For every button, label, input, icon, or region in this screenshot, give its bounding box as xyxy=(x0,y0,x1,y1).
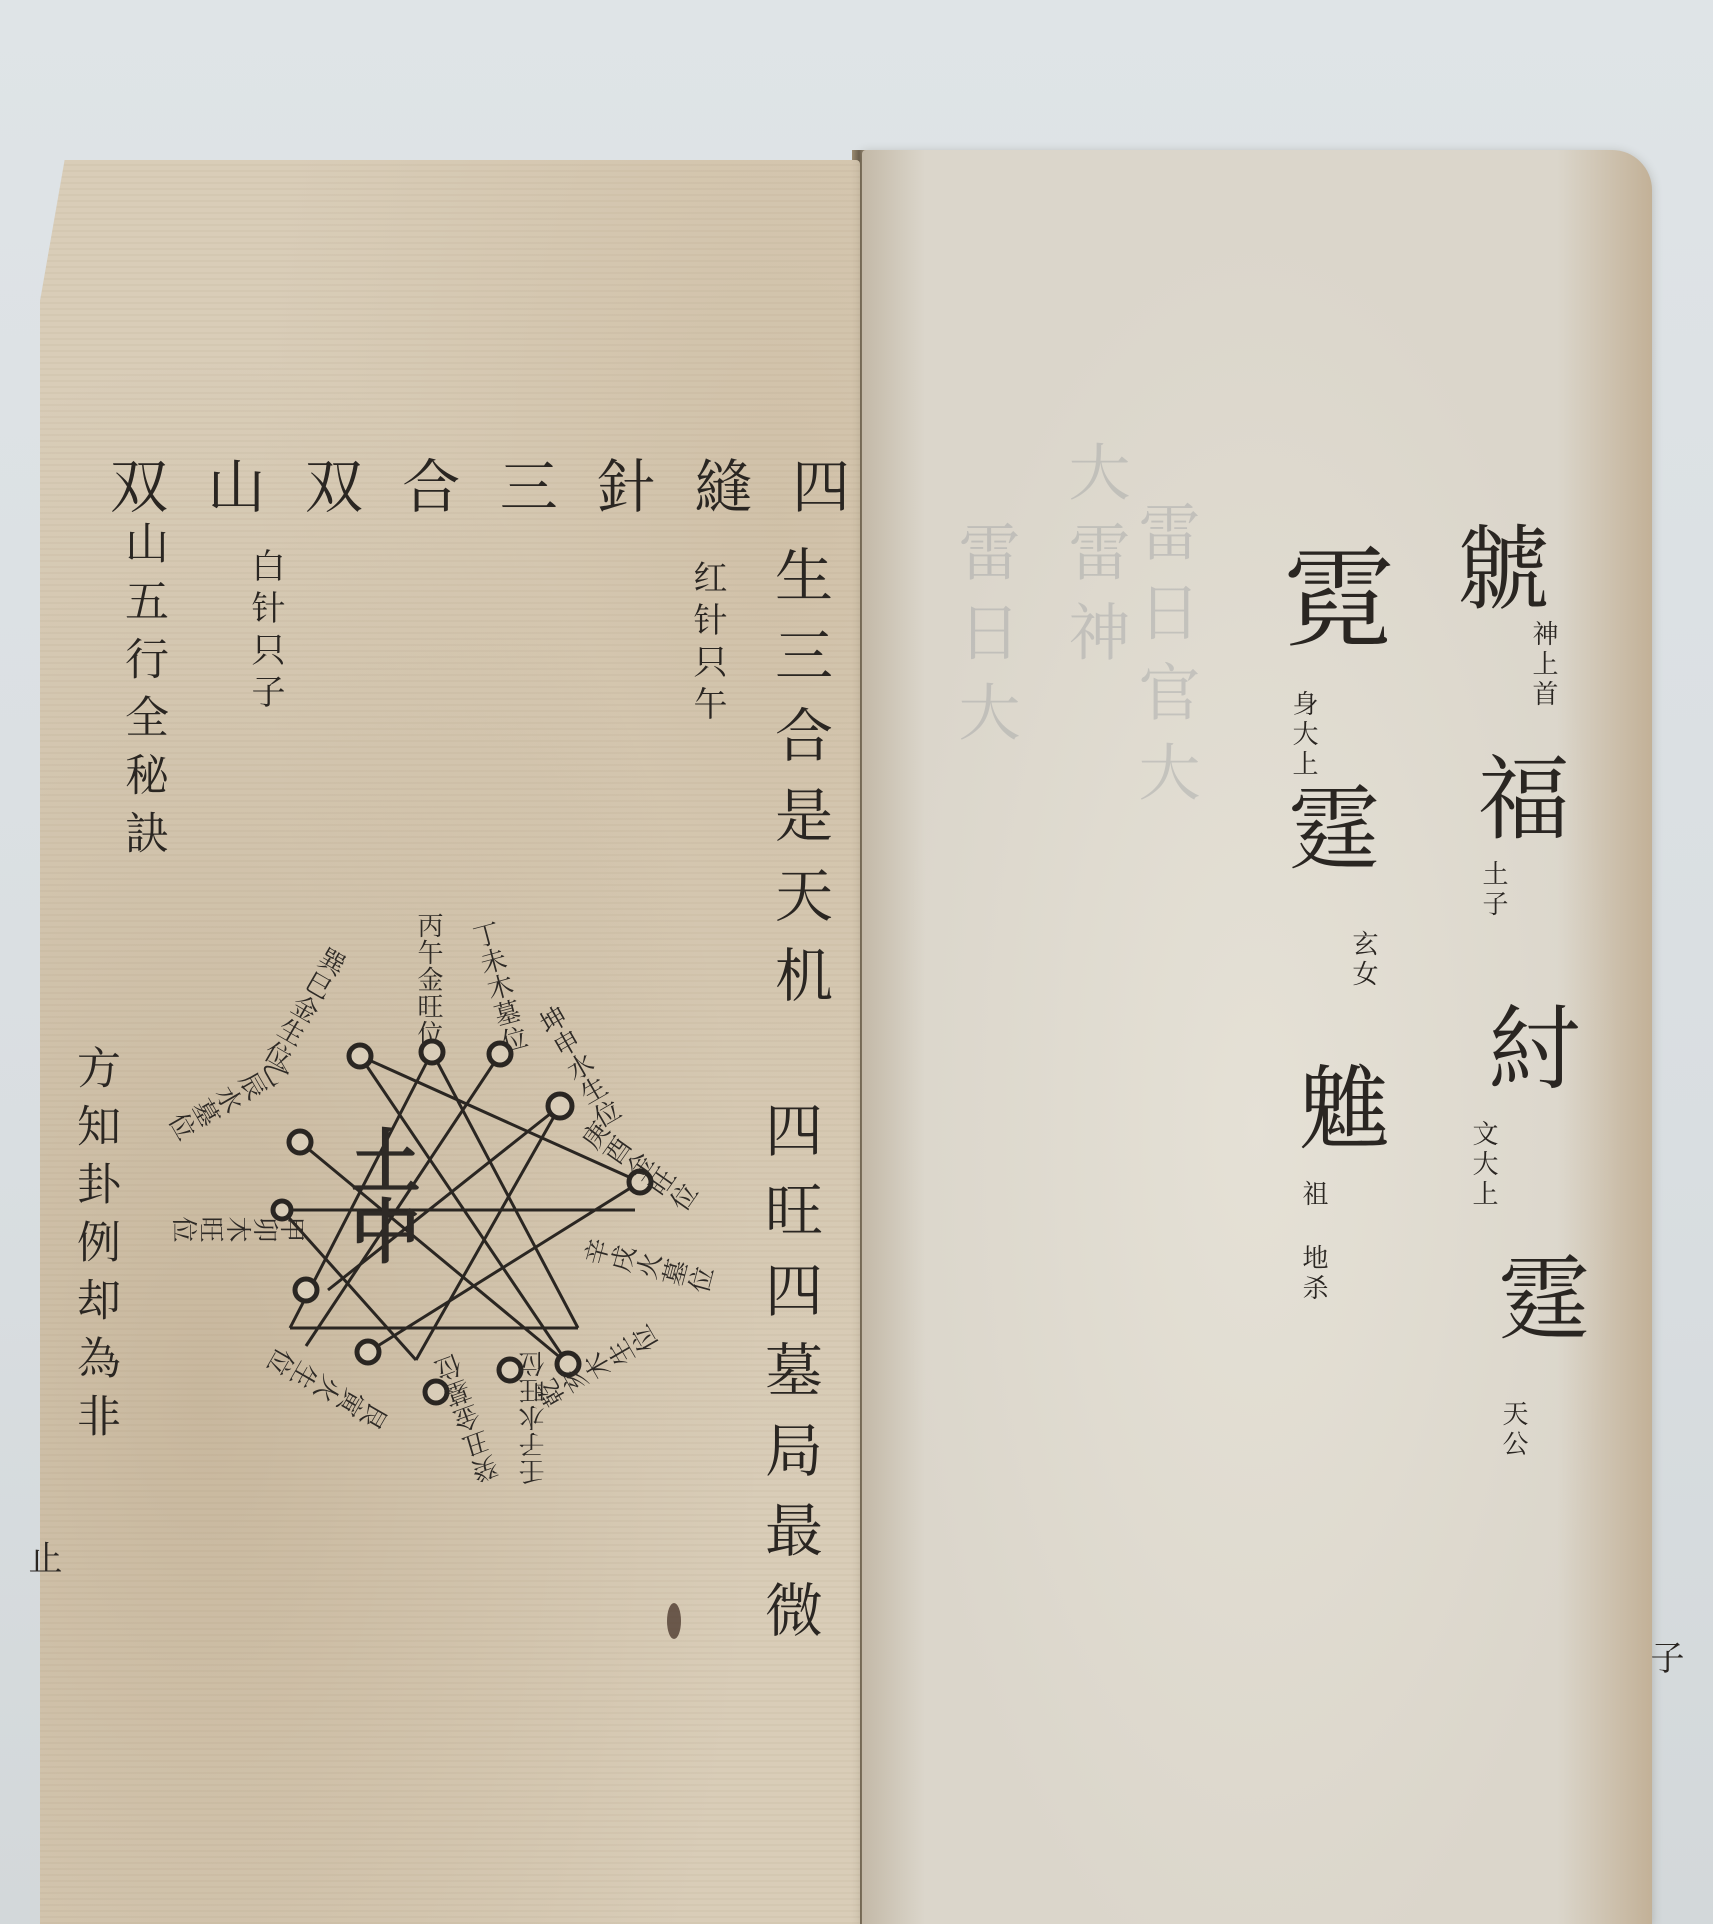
talisman-char: 福 xyxy=(1470,750,1562,846)
diagram-label: 甲卯木旺位 xyxy=(171,1209,306,1246)
bleed-through-text: 雷日官大 xyxy=(1120,500,1209,820)
bleed-through-text: 雷日大 xyxy=(940,520,1029,760)
title-char: 双 xyxy=(110,440,168,524)
verse-column-6: 方知卦例却為非 xyxy=(72,1045,116,1451)
diagram-label-top: 丙午金旺位 xyxy=(410,912,447,1047)
talisman-note: 玄女 xyxy=(1350,930,1376,990)
title-char: 四 xyxy=(792,440,850,524)
talisman-char: 虩 xyxy=(1450,520,1542,616)
title-char: 縫 xyxy=(695,440,753,524)
ink-stain xyxy=(667,1603,681,1639)
talisman-note: 文大上 xyxy=(1470,1120,1496,1210)
verse-column-5: 四旺四墓局最微 xyxy=(760,1100,818,1660)
diagram-label: 壬子水旺位 xyxy=(515,1350,552,1485)
talisman-char: 霓 xyxy=(1275,540,1385,654)
title-char: 山 xyxy=(207,440,265,524)
verse-column-2: 红针只午 xyxy=(690,560,724,728)
verse-column-4: 山五行全秘訣 xyxy=(120,520,164,868)
talisman-note: 天公 xyxy=(1500,1400,1526,1460)
talisman-note: 土子 xyxy=(1480,860,1506,920)
right-edge-mark: 子 xyxy=(1640,1640,1689,1674)
talisman-note: 祖 地杀 xyxy=(1300,1180,1326,1304)
left-page-title: 四 縫 針 三 合 双 山 双 xyxy=(110,440,850,524)
title-char: 針 xyxy=(597,440,655,524)
verse-column-1: 生三合是天机 xyxy=(770,545,828,1025)
verse-column-3: 白针只子 xyxy=(248,548,282,716)
talisman-char: 紂 xyxy=(1480,1000,1572,1096)
talisman-char: 魋 xyxy=(1290,1060,1382,1156)
talisman-char: 霆 xyxy=(1490,1250,1582,1346)
diagram-center-label: 土中 xyxy=(330,1125,431,1265)
talisman-note: 神上首 xyxy=(1530,620,1556,710)
talisman-char: 霆 xyxy=(1280,780,1372,876)
title-char: 双 xyxy=(305,440,363,524)
title-char: 三 xyxy=(500,440,558,524)
title-char: 合 xyxy=(402,440,460,524)
talisman-note: 身大上 xyxy=(1290,690,1316,780)
twelve-position-diagram: 土中 丙午金旺位 丁未木墓位 坤申水生位 庚酉金旺位 辛戌火墓位 乾亥木生位 壬… xyxy=(180,880,700,1500)
left-edge-mark: 止 xyxy=(18,1540,67,1574)
